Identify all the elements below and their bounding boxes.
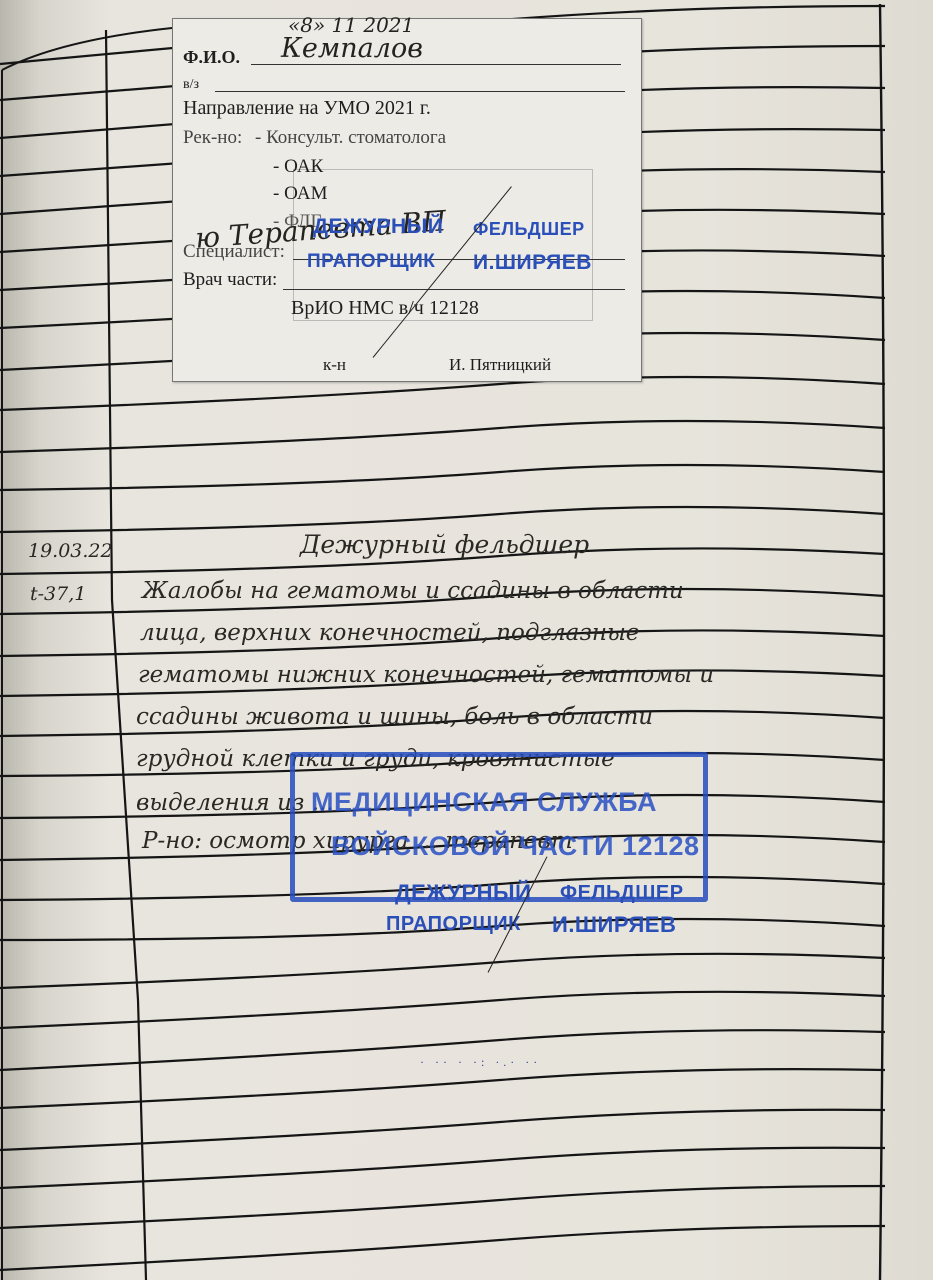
stamp-rank: ПРАПОРЩИК: [386, 913, 521, 936]
stamp-line-1: МЕДИЦИНСКАЯ СЛУЖБА: [311, 787, 657, 818]
acting-head: ВрИО НМС в/ч 12128: [291, 297, 479, 320]
unit-label: в/з: [183, 77, 199, 93]
referral-slip: «8» 11 2021 Ф.И.О. Кемпалов в/з Направле…: [172, 18, 642, 382]
slip-stamp-medic: ФЕЛЬДШЕР: [473, 219, 585, 240]
entry-line-1: Жалобы на гематомы и ссадины в области: [142, 578, 684, 604]
stamp-duty: ДЕЖУРНЫЙ: [395, 880, 531, 906]
fio-label: Ф.И.О.: [183, 47, 240, 68]
ink-spots: · ·· · ·: ·.· ··: [420, 1055, 541, 1070]
stamp-medic: ФЕЛЬДШЕР: [560, 882, 684, 905]
signatory: И. Пятницкий: [449, 355, 551, 375]
entry-temperature: t-37,1: [30, 583, 86, 605]
slip-stamp-rank: ПРАПОРЩИК: [307, 251, 435, 273]
slip-title: Направление на УМО 2021 г.: [183, 97, 431, 120]
rank: к-н: [323, 355, 346, 375]
recommendation-2: - ОАМ: [273, 183, 327, 205]
slip-stamp-name: И.ШИРЯЕВ: [473, 251, 592, 275]
journal-page: «8» 11 2021 Ф.И.О. Кемпалов в/з Направле…: [0, 0, 933, 1280]
entry-line-2: лица, верхних конечностей, подглазные: [140, 620, 639, 646]
entry-line-3: гематомы нижних конечностей, гематомы и: [138, 662, 714, 688]
stamp-line-2: ВОЙСКОВОЙ ЧАСТИ 12128: [331, 831, 700, 862]
fio-value: Кемпалов: [281, 33, 423, 64]
recommended-label: Рек-но:: [183, 127, 242, 149]
doctor-label: Врач части:: [183, 269, 277, 291]
recommendation-1: - ОАК: [273, 156, 323, 178]
recommendation-0: - Консульт. стоматолога: [255, 127, 446, 149]
stamp-name: И.ШИРЯЕВ: [552, 912, 676, 938]
doctor-underline: [283, 289, 625, 290]
entry-heading: Дежурный фельдшер: [300, 530, 589, 559]
unit-underline: [215, 91, 625, 92]
fio-underline: [251, 64, 621, 65]
entry-line-4: ссадины живота и шины, боль в области: [136, 704, 653, 730]
entry-date: 19.03.22: [28, 540, 113, 562]
slip-stamp-duty: ДЕЖУРНЫЙ: [313, 215, 443, 239]
